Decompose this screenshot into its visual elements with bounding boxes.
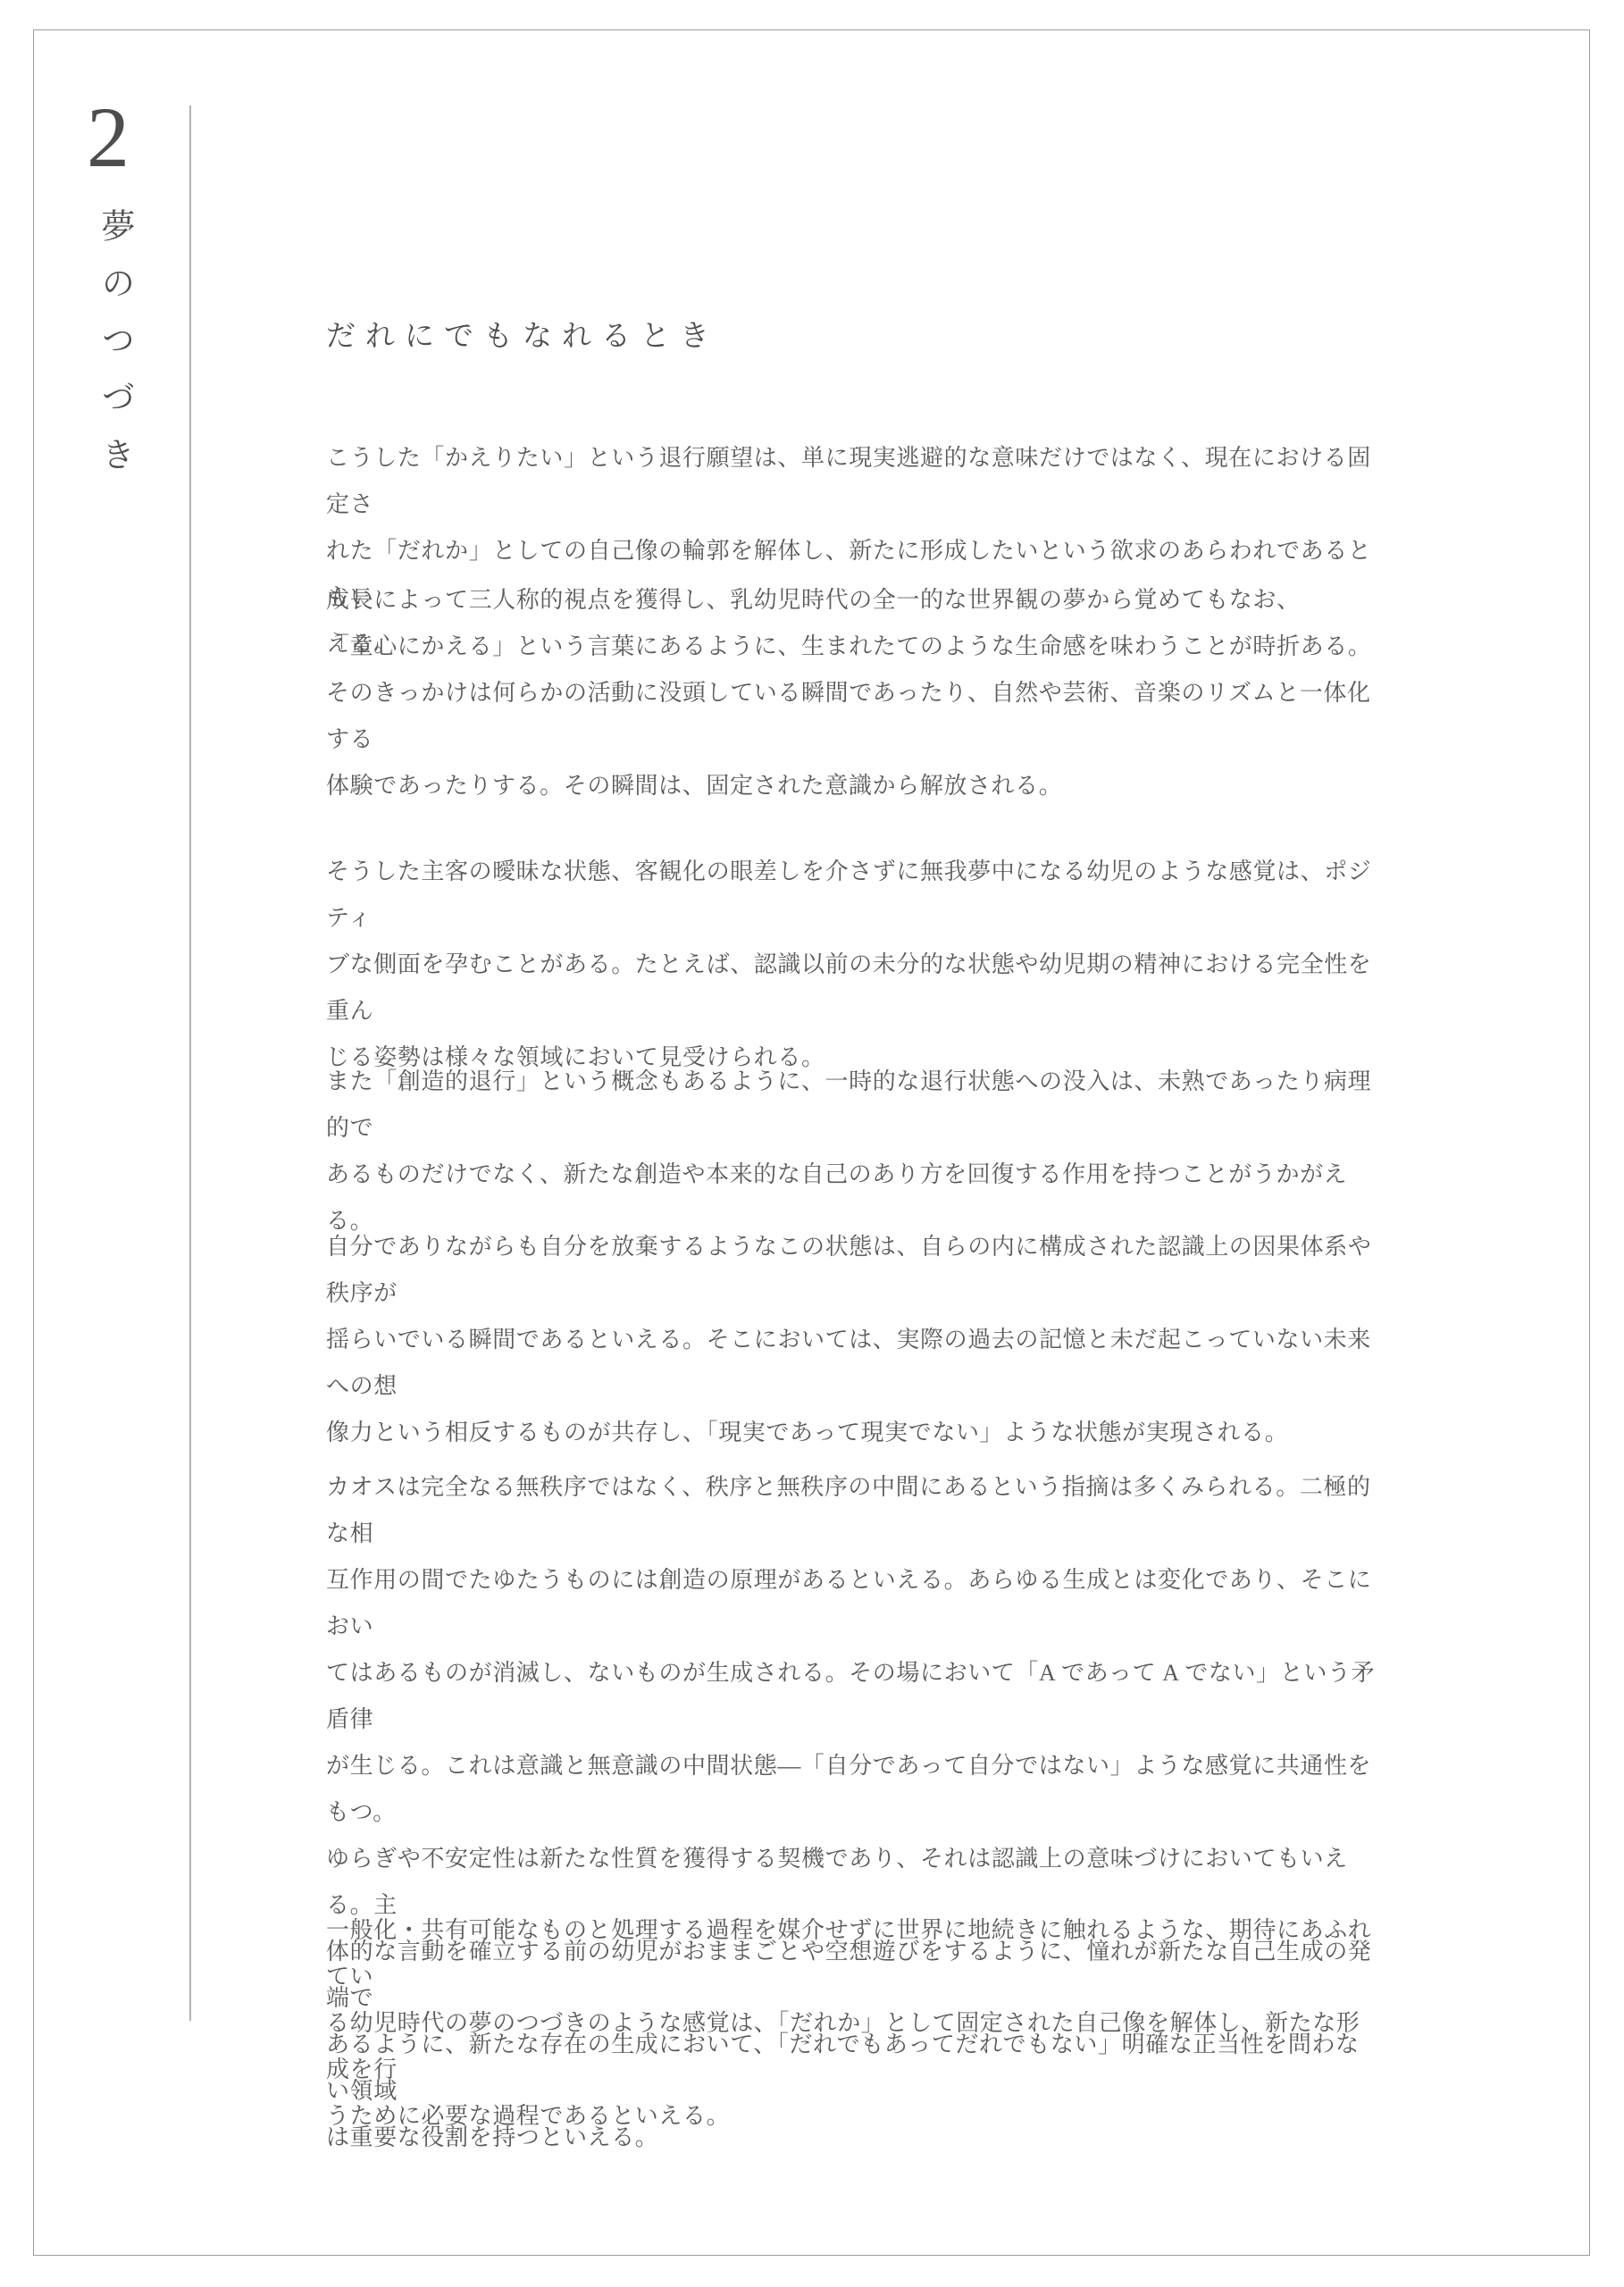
chapter-number: 2 — [87, 95, 130, 180]
book-page: 2 夢のつづき だれにでもなれるとき こうした「かえりたい」という退行願望は、単… — [0, 0, 1624, 2287]
body-paragraph: そうした主客の曖昧な状態、客観化の眼差しを介さずに無我夢中になる幼児のような感覚… — [326, 849, 1380, 1081]
body-paragraph: 一般化・共有可能なものと処理する過程を媒介せずに世界に地続きに触れるような、期待… — [326, 1907, 1380, 2140]
body-paragraph: また「創造的退行」という概念もあるように、一時的な退行状態への没入は、未熟であっ… — [326, 1059, 1380, 1244]
chapter-title-vertical: 夢のつづき — [90, 208, 139, 494]
section-heading: だれにでもなれるとき — [326, 313, 719, 355]
body-paragraph: 成長によって三人称的視点を獲得し、乳幼児時代の全一的な世界観の夢から覚めてもなお… — [326, 577, 1380, 809]
vertical-divider-rule — [189, 105, 191, 2021]
body-paragraph: 自分でありながらも自分を放棄するようなこの状態は、自らの内に構成された認識上の因… — [326, 1224, 1380, 1456]
